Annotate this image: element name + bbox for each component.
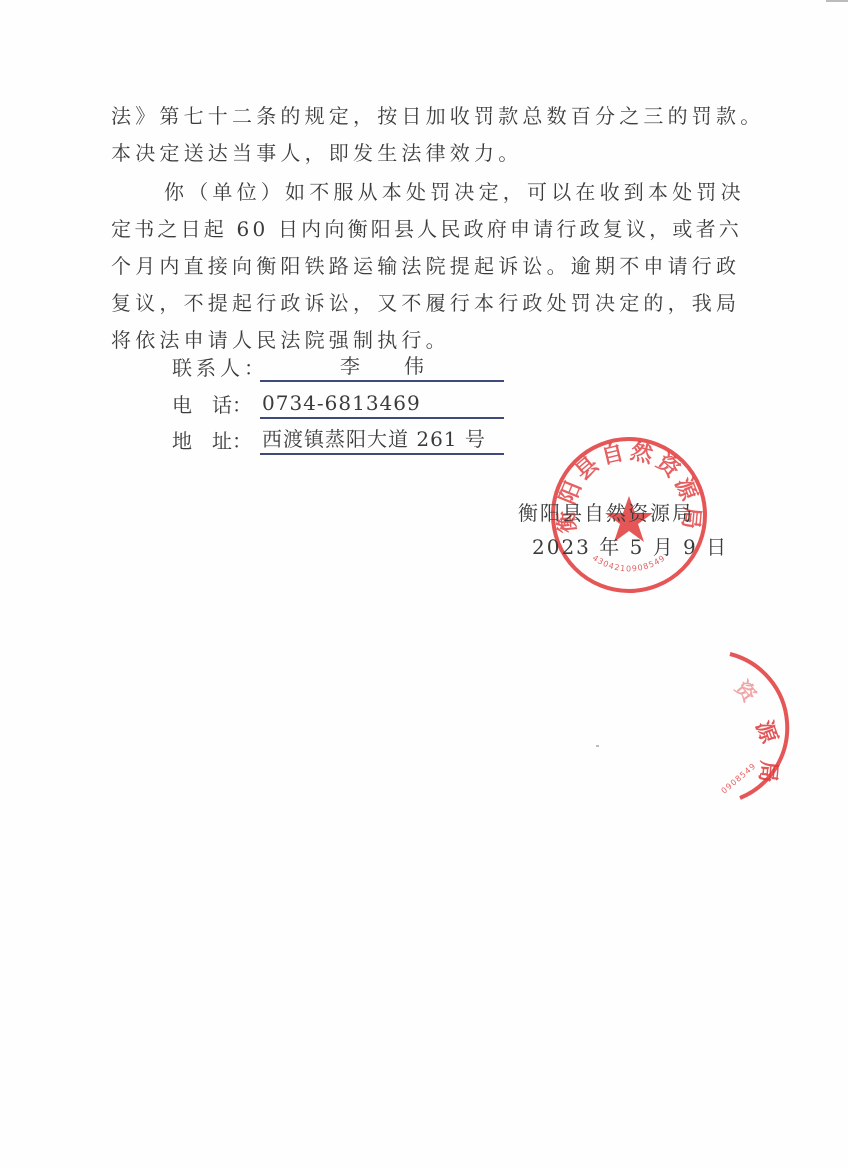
contact-address-field: 西渡镇蒸阳大道 261 号: [260, 425, 504, 455]
document-page: 法》第七十二条的规定，按日加收罚款总数百分之三的罚款。 本决定送达当事人，即发生…: [0, 0, 848, 1169]
contact-person-label: 联系人：: [172, 354, 260, 382]
partial-seal-icon: 资 源 局 0908549: [690, 648, 810, 808]
contact-person-value: 李伟: [260, 352, 504, 380]
contact-phone-row: 电 话： 0734-6813469: [172, 389, 504, 419]
signature-organization: 衡阳县自然资源局: [518, 497, 694, 526]
paragraph-2-line-4: 复议，不提起行政诉讼，又不履行本行政处罚决定的，我局: [111, 289, 740, 317]
contact-phone-value: 0734-6813469: [262, 389, 421, 417]
paragraph-2-line-3: 个月内直接向衡阳铁路运输法院提起诉讼。逾期不申请行政: [111, 252, 740, 280]
contact-phone-label: 电 话：: [172, 391, 260, 419]
svg-text:资: 资: [730, 676, 762, 708]
svg-text:源: 源: [750, 718, 781, 748]
paragraph-2-line-2: 定书之日起 60 日内向衡阳县人民政府申请行政复议，或者六: [111, 215, 742, 243]
paragraph-1-line-1: 法》第七十二条的规定，按日加收罚款总数百分之三的罚款。: [111, 102, 764, 130]
contact-phone-field: 0734-6813469: [260, 389, 504, 419]
contact-address-value: 西渡镇蒸阳大道 261 号: [262, 425, 486, 453]
svg-text:局: 局: [754, 759, 781, 783]
paragraph-2-line-5: 将依法申请人民法院强制执行。: [111, 326, 450, 354]
contact-person-field: 李伟: [260, 352, 504, 382]
paragraph-1-line-2: 本决定送达当事人，即发生法律效力。: [111, 139, 522, 167]
contact-address-row: 地 址： 西渡镇蒸阳大道 261 号: [172, 425, 504, 455]
contact-person-row: 联系人： 李伟: [172, 352, 504, 382]
contact-address-label: 地 址：: [172, 427, 260, 455]
paragraph-2-line-1: 你（单位）如不服从本处罚决定，可以在收到本处罚决: [164, 178, 745, 206]
scan-edge-mark: [826, 0, 848, 2]
signature-date: 2023 年 5 月 9 日: [532, 531, 728, 560]
scan-dot: [596, 745, 599, 747]
